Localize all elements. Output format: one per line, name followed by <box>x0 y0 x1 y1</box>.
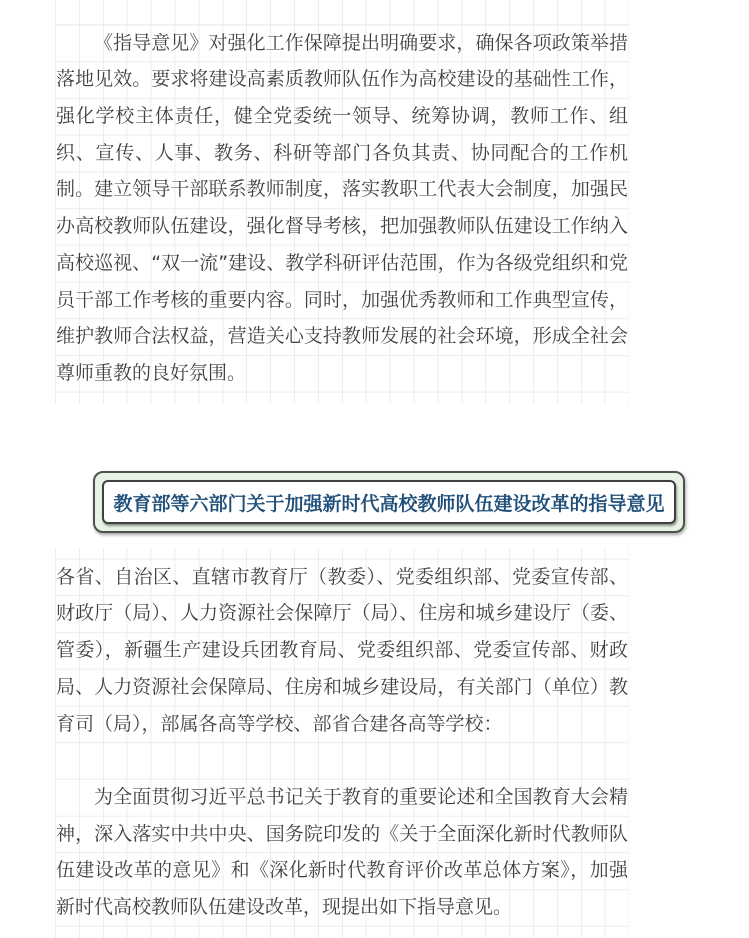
paragraph-recipients: 各省、自治区、直辖市教育厅（教委）、党委组织部、党委宣传部、财政厅（局）、人力资… <box>55 548 629 742</box>
document-title: 教育部等六部门关于加强新时代高校教师队伍建设改革的指导意见 <box>113 489 664 516</box>
document-title-banner: 教育部等六部门关于加强新时代高校教师队伍建设改革的指导意见 <box>93 471 685 533</box>
document-page: 《指导意见》对强化工作保障提出明确要求，确保各项政策举措落地见效。要求将建设高素… <box>0 0 749 938</box>
grid-background-bottom: 各省、自治区、直辖市教育厅（教委）、党委组织部、党委宣传部、财政厅（局）、人力资… <box>55 548 629 938</box>
document-title-frame: 教育部等六部门关于加强新时代高校教师队伍建设改革的指导意见 <box>102 480 676 524</box>
grid-background-top: 《指导意见》对强化工作保障提出明确要求，确保各项政策举措落地见效。要求将建设高素… <box>55 0 629 404</box>
paragraph-preamble: 为全面贯彻习近平总书记关于教育的重要论述和全国教育大会精神，深入落实中共中央、国… <box>55 779 629 926</box>
paragraph-work-support: 《指导意见》对强化工作保障提出明确要求，确保各项政策举措落地见效。要求将建设高素… <box>55 0 629 392</box>
